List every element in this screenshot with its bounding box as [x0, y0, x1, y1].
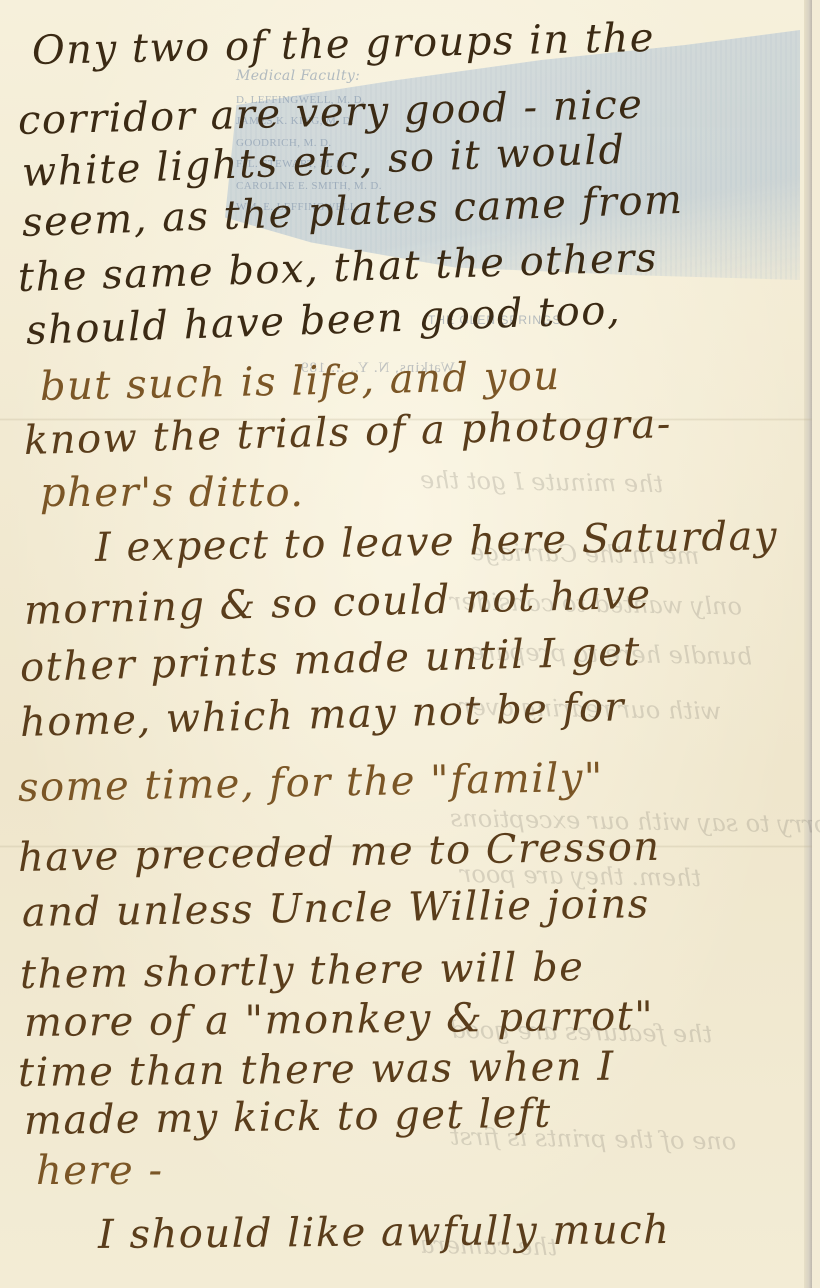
letter-line: but such is life, and you: [40, 353, 562, 410]
letter-line: more of a "monkey & parrot": [24, 993, 655, 1046]
letter-line: time than there was when I: [18, 1044, 615, 1096]
bleed-through-text: the minute I got the: [420, 466, 664, 498]
letter-line: made my kick to get left: [24, 1091, 552, 1144]
letter-line: other prints made until I get: [19, 629, 641, 691]
letter-line: here -: [36, 1148, 163, 1194]
letter-line: know the trials of a photogra-: [23, 401, 672, 464]
letter-line: pher's ditto.: [40, 470, 305, 516]
letter-line: some time, for the "family": [18, 755, 605, 811]
letter-line: home, which may not be for: [19, 684, 625, 746]
letter-line: morning & so could not have: [23, 572, 652, 634]
letter-line: them shortly there will be: [20, 944, 585, 998]
page-edge: [804, 0, 812, 1288]
letter-page: Medical Faculty: D. Leffingwell, M. D. J…: [0, 0, 812, 1288]
letter-line: and unless Uncle Willie joins: [22, 881, 650, 936]
letter-line: I should like awfully much: [98, 1207, 671, 1258]
